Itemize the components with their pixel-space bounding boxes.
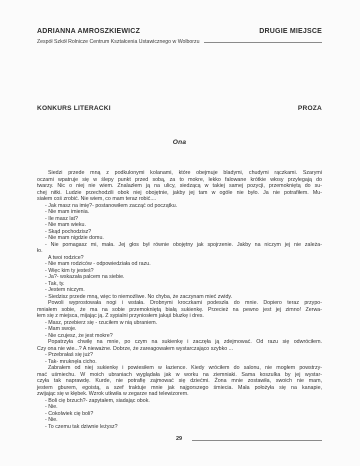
body-line: Powoli wyprostowała nogi i wstała. Drobn… xyxy=(37,300,322,307)
body-line: - To czemu tak dziwnie leżysz? xyxy=(37,424,322,431)
body-line: Siedzi przede mną z podkulonymi kolanami… xyxy=(37,170,322,177)
affiliation-text: Zespół Szkół Rolnicze Centrum Kształceni… xyxy=(37,39,200,45)
page-number: 29 xyxy=(176,436,182,442)
document-page: ADRIANNA AMROSZKIEWICZ DRUGIE MIEJSCE Ze… xyxy=(0,0,360,466)
award-label: DRUGIE MIEJSCE xyxy=(259,28,322,35)
body-line: Popatrzyła chwilę na mnie, po czym na su… xyxy=(37,339,322,346)
body-line: czyła tak naprawdę. Kurde, nie potrafię … xyxy=(37,378,322,385)
footer-rule xyxy=(192,440,322,441)
affiliation-row: Zespół Szkół Rolnicze Centrum Kształceni… xyxy=(37,39,322,45)
story-body: Siedzi przede mną z podkulonymi kolanami… xyxy=(37,170,322,430)
body-line: twarzy. Nic o niej nie wiem. Znalazłem j… xyxy=(37,183,322,190)
body-line: Zabrałem od niej sukienkę i powiesiłem w… xyxy=(37,365,322,372)
page-header: ADRIANNA AMROSZKIEWICZ DRUGIE MIEJSCE xyxy=(37,28,322,35)
body-line: - Nie pomagasz mi, mała. Jej głos był ró… xyxy=(37,242,322,249)
contest-category: KONKURS LITERACKI xyxy=(37,105,111,112)
section-row: KONKURS LITERACKI PROZA xyxy=(37,105,322,112)
header-rule xyxy=(204,42,322,43)
author-name: ADRIANNA AMROSZKIEWICZ xyxy=(37,28,140,35)
page-footer: 29 xyxy=(0,436,360,446)
genre-label: PROZA xyxy=(298,105,322,112)
story-title: Ona xyxy=(37,139,322,146)
